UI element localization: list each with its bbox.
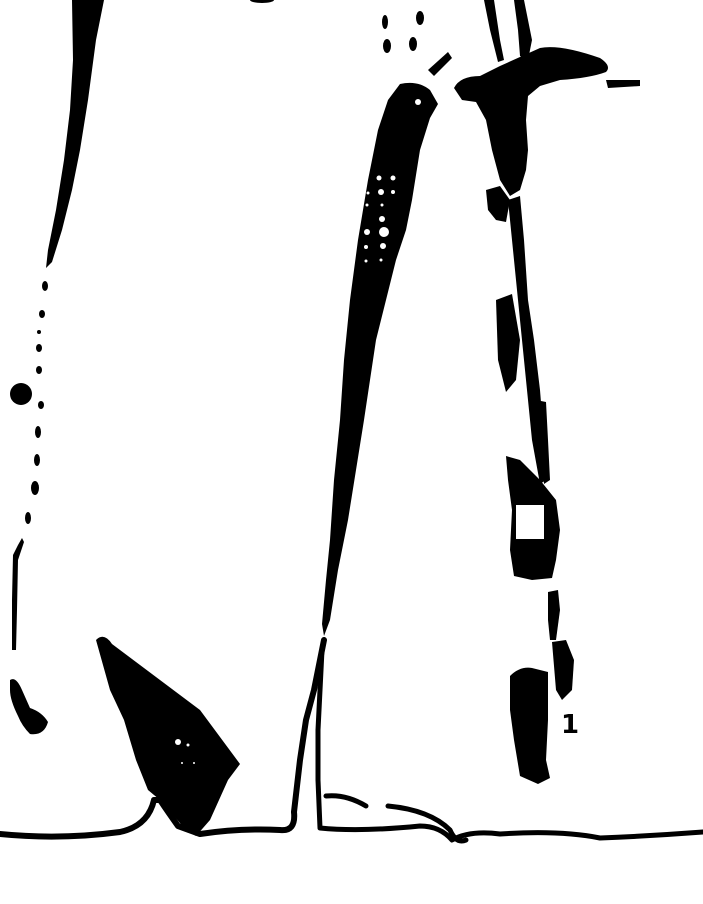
sash-panel: [322, 83, 438, 636]
line-drawing: [0, 0, 703, 904]
hanging-cord: [454, 0, 640, 784]
dashed-fold-lines: [250, 0, 452, 76]
ground-line: [0, 800, 294, 837]
shoe-tip: [96, 637, 240, 836]
robe-left-dotted-edge: [10, 281, 48, 734]
hem-fold-curve: [326, 796, 366, 806]
hem-fold-curve-2: [388, 806, 466, 841]
figure-annotation-label: 1: [561, 712, 579, 738]
robe-left-edge: [46, 0, 104, 268]
